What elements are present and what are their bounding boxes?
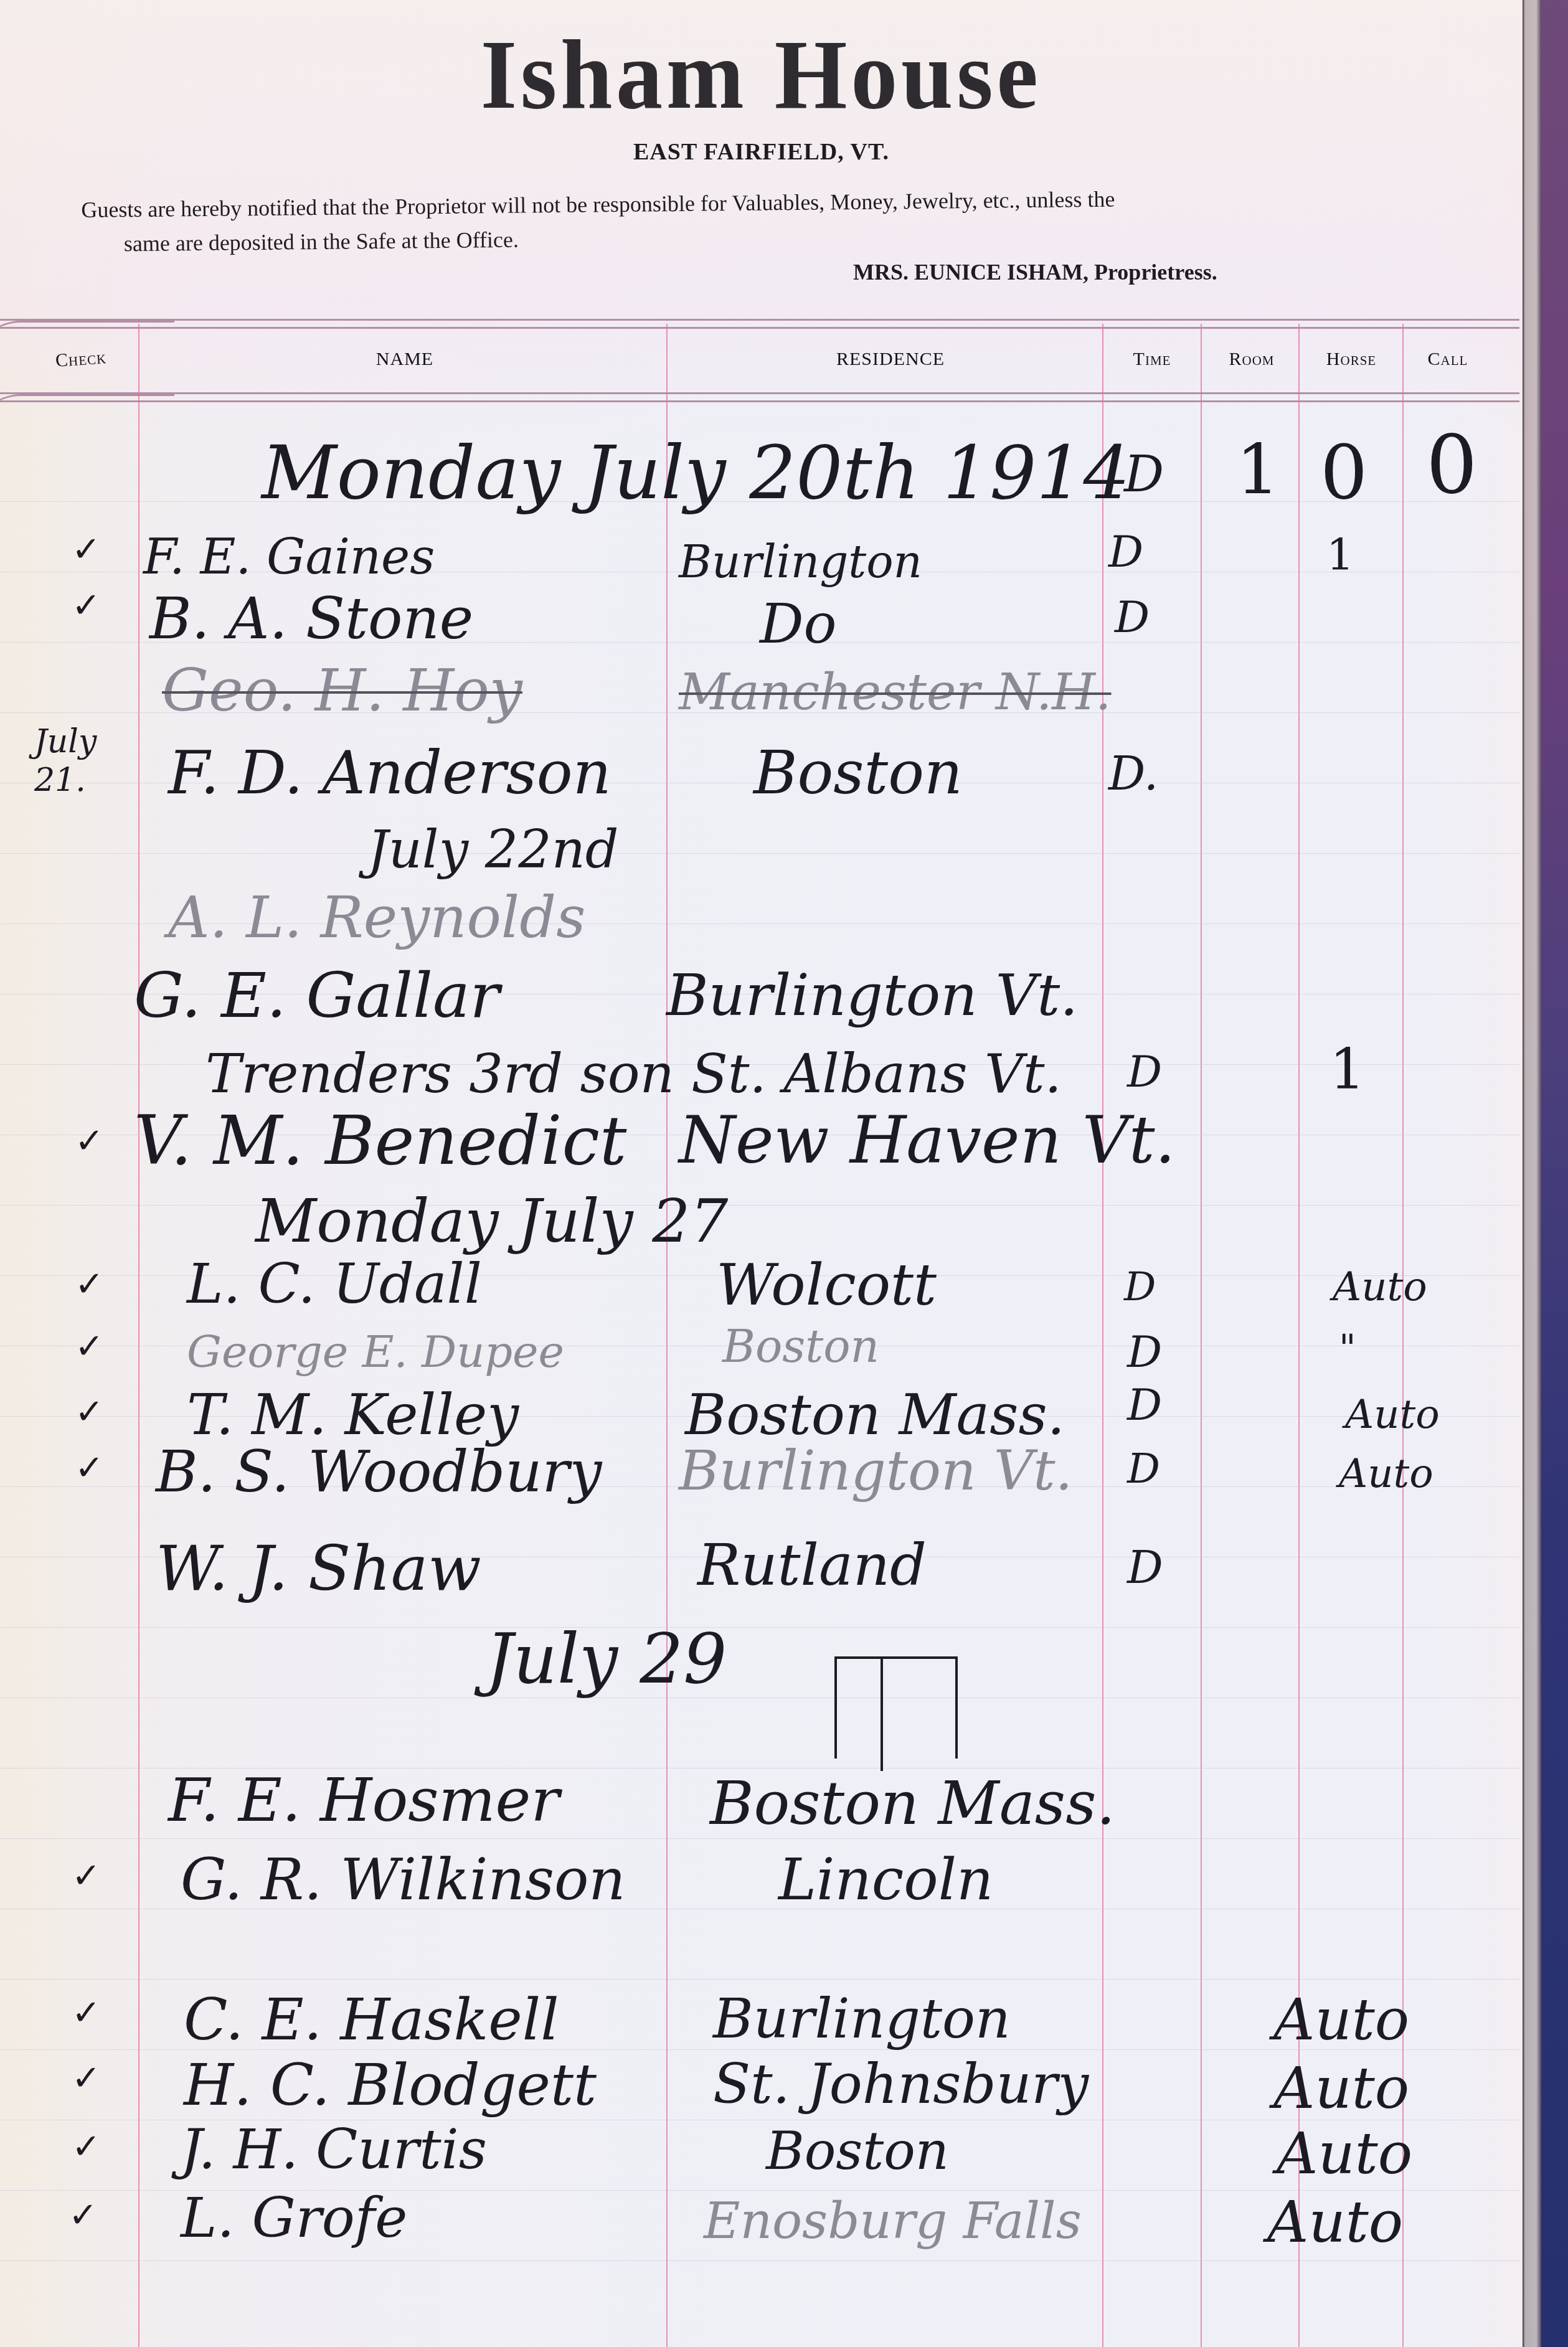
guest-horse: Auto	[1345, 1392, 1440, 1438]
ledger-line	[0, 1205, 1519, 1206]
guest-time: D	[1124, 1264, 1156, 1310]
guest-name: J. H. Curtis	[181, 2117, 487, 2181]
guest-name: Trenders 3rd son	[205, 1043, 674, 1105]
guest-horse: Auto	[1273, 1986, 1409, 2053]
date-heading: Monday July 20th 1914	[262, 430, 1130, 516]
guest-time: D	[1115, 592, 1150, 643]
column-header-time: Time	[1108, 349, 1196, 370]
check-mark: ✓	[72, 2058, 101, 2099]
guest-time: D	[1127, 1379, 1162, 1430]
guest-horse: Auto	[1267, 2189, 1403, 2255]
guest-time: D	[1127, 1326, 1162, 1377]
check-mark: ✓	[75, 1392, 104, 1432]
guest-horse: Auto	[1339, 1451, 1433, 1497]
check-mark: ✓	[68, 2195, 98, 2236]
guest-name-struck: Geo. H. Hoy	[162, 657, 522, 725]
guest-name: W. J. Shaw	[156, 1532, 481, 1605]
guest-time: D	[1127, 1445, 1160, 1493]
guest-horse: 1	[1326, 529, 1354, 580]
ledger-line	[0, 2260, 1519, 2261]
check-mark: ✓	[75, 1264, 104, 1305]
check-mark: ✓	[75, 1121, 104, 1161]
date-heading: July 22nd	[367, 819, 619, 880]
guest-name: A. L. Reynolds	[168, 884, 585, 951]
date-heading: Monday July 27	[255, 1186, 728, 1256]
guest-residence: Wolcott	[716, 1252, 937, 1318]
column-header-call: Call	[1407, 349, 1488, 370]
guest-residence: Burlington Vt.	[679, 1438, 1073, 1503]
column-header-residence: RESIDENCE	[797, 349, 984, 370]
date-heading: July 29	[486, 1619, 727, 1699]
guest-name: G. R. Wilkinson	[181, 1846, 626, 1913]
guest-residence: Boston Mass.	[710, 1769, 1115, 1838]
guest-name: H. C. Blodgett	[184, 2052, 597, 2118]
notice-line-1: Guests are hereby notified that the Prop…	[81, 187, 1115, 222]
guest-time: D	[1127, 1541, 1163, 1594]
guest-name: B. A. Stone	[149, 585, 473, 652]
drawn-box-mark	[834, 1656, 958, 1759]
divider-time-room	[1201, 324, 1202, 2347]
guest-residence: Burlington	[679, 536, 922, 588]
margin-date: July 21.	[34, 722, 97, 800]
check-mark: ✓	[75, 1448, 104, 1488]
guest-name: B. S. Woodbury	[156, 1438, 602, 1505]
guest-residence: Lincoln	[778, 1846, 993, 1913]
check-mark: ✓	[72, 529, 101, 570]
divider-check-name	[138, 324, 139, 2347]
column-header-horse: Horse	[1305, 349, 1398, 370]
guest-residence: Boston	[766, 2120, 949, 2181]
guest-residence: Burlington Vt.	[666, 962, 1078, 1029]
guest-name: G. E. Gallar	[134, 959, 499, 1032]
ledger-line	[0, 853, 1519, 854]
guest-horse-ditto: "	[1339, 1326, 1356, 1370]
guest-name: F. E. Gaines	[143, 529, 435, 585]
ledger-line	[0, 1698, 1519, 1698]
check-mark: ✓	[72, 2127, 101, 2167]
guest-name: George E. Dupee	[187, 1326, 564, 1377]
header-rule-top	[0, 319, 1519, 329]
divider-name-residence	[666, 324, 668, 2347]
proprietor-line: MRS. EUNICE ISHAM, Proprietress.	[853, 259, 1217, 285]
ledger-line	[0, 1979, 1519, 1980]
call-mark: 0	[1426, 417, 1478, 512]
guest-residence-struck: Manchester N.H.	[679, 663, 1112, 721]
guest-time: D.	[1108, 747, 1158, 801]
time-mark: D	[1124, 445, 1164, 503]
column-header-room: Room	[1208, 349, 1295, 370]
guest-horse: 1	[1329, 1037, 1365, 1102]
register-page: Isham House EAST FAIRFIELD, VT. Guests a…	[0, 0, 1523, 2347]
book-binding	[1523, 0, 1568, 2347]
check-mark: ✓	[72, 1856, 101, 1896]
guest-name: F. D. Anderson	[168, 738, 611, 808]
hotel-location: EAST FAIRFIELD, VT.	[0, 138, 1523, 166]
ledger-line	[0, 1627, 1519, 1628]
guest-residence: Boston	[753, 738, 963, 808]
hotel-title: Isham House	[0, 19, 1523, 132]
guest-horse: Auto	[1273, 2055, 1409, 2122]
guest-name: F. E. Hosmer	[168, 1765, 559, 1835]
guest-name: C. E. Haskell	[184, 1986, 559, 2053]
check-mark: ✓	[75, 1326, 104, 1367]
guest-residence: Rutland	[697, 1532, 927, 1599]
horse-mark: 0	[1320, 430, 1367, 516]
header-rule-curve-bottom	[0, 394, 174, 440]
guest-horse: Auto	[1277, 2120, 1412, 2187]
guest-time: D	[1127, 1046, 1162, 1097]
check-mark: ✓	[72, 585, 101, 626]
guest-name: V. M. Benedict	[134, 1102, 626, 1180]
guest-residence: New Haven Vt.	[679, 1102, 1176, 1178]
column-header-name: NAME	[349, 349, 461, 370]
liability-notice: Guests are hereby notified that the Prop…	[81, 179, 1420, 262]
guest-residence: Enosburg Falls	[704, 2192, 1082, 2250]
guest-residence: St. Johnsbury	[713, 2052, 1089, 2116]
divider-residence-time	[1102, 324, 1103, 2347]
guest-residence: St. Albans Vt.	[691, 1043, 1062, 1105]
guest-time: D	[1108, 526, 1143, 577]
guest-residence: Burlington	[713, 1986, 1011, 2051]
guest-name: L. Grofe	[181, 2186, 407, 2250]
ledger-line	[0, 1838, 1519, 1839]
room-mark: 1	[1236, 430, 1280, 509]
check-mark: ✓	[72, 1993, 101, 2033]
header-rule-bottom	[0, 392, 1519, 402]
guest-residence: Boston	[722, 1320, 879, 1372]
notice-line-2: same are deposited in the Safe at the Of…	[82, 213, 1420, 262]
guest-horse: Auto	[1333, 1264, 1427, 1310]
guest-residence: Do	[760, 592, 837, 656]
guest-name: L. C. Udall	[187, 1252, 482, 1316]
